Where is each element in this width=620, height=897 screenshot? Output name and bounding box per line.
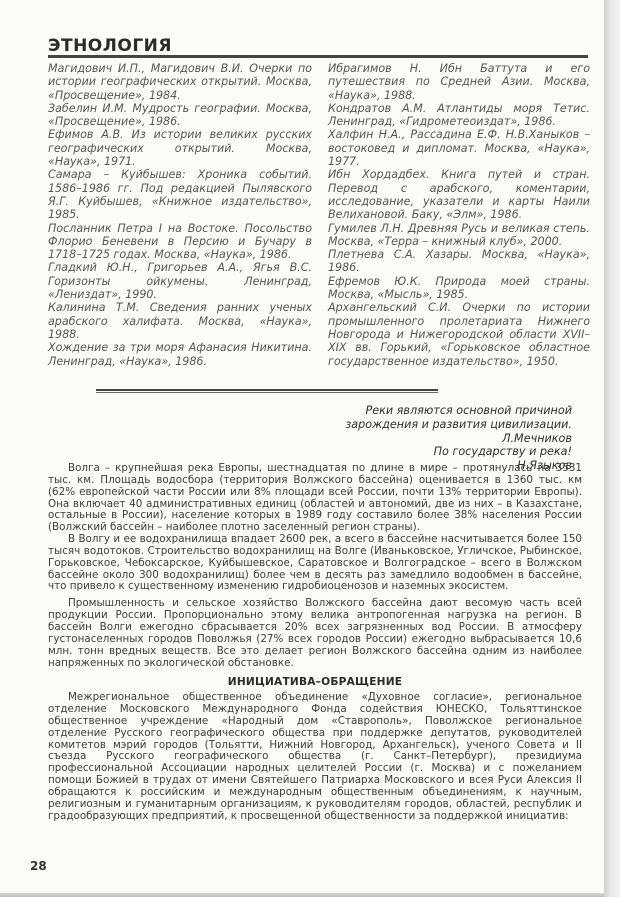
article-body: Волга – крупнейшая река Европы, шестнадц… [48, 463, 582, 822]
page: ЭТНОЛОГИЯ Магидович И.П., Магидович В.И.… [0, 0, 604, 897]
bibliography-right-column: Ибрагимов Н. Ибн Баттута и его путешеств… [328, 62, 590, 368]
body-paragraph: В Волгу и ее водохранилища впадает 2600 … [48, 534, 582, 593]
epigraph-author: Л.Мечников [252, 432, 572, 446]
page-edge-shadow [604, 0, 620, 897]
bibliography-left-column: Магидович И.П., Магидович В.И. Очерки по… [48, 62, 312, 368]
subheading: ИНИЦИАТИВА–ОБРАЩЕНИЕ [48, 677, 582, 689]
appeal-paragraph: Межрегиональное общественное объединение… [48, 692, 582, 822]
page-number: 28 [30, 859, 47, 873]
epigraph-text: Реки являются основной причиной [252, 404, 572, 418]
bibliography-entry: Гладкий Ю.Н., Григорьев А.А., Ягья В.С. … [48, 261, 312, 301]
bibliography-entry: Калинина Т.М. Сведения ранних ученых ара… [48, 301, 312, 341]
bibliography-entry: Ибн Хордадбех. Книга путей и стран. Пере… [328, 168, 590, 221]
epigraph-text: зарождения и развития цивилизации. [252, 418, 572, 432]
bibliography-entry: Архангельский С.И. Очерки по истории про… [328, 301, 590, 367]
body-paragraph: Волга – крупнейшая река Европы, шестнадц… [48, 463, 582, 534]
bibliography-entry: Посланник Петра I на Востоке. Посольство… [48, 222, 312, 262]
bibliography-entry: Халфин Н.А., Рассадина Е.Ф. Н.В.Ханыков … [328, 128, 590, 168]
epigraph-text: По государству и река! [252, 445, 572, 459]
bibliography-entry: Ефимов А.В. Из истории великих русских г… [48, 128, 312, 168]
bibliography-entry: Самара – Куйбышев: Хроника событий. 1586… [48, 168, 312, 221]
bibliography-entry: Магидович И.П., Магидович В.И. Очерки по… [48, 62, 312, 102]
bibliography-entry: Забелин И.М. Мудрость географии. Москва,… [48, 102, 312, 129]
divider-line [96, 392, 438, 393]
bibliography-entry: Кондратов А.М. Атлантиды моря Тетис. Лен… [328, 102, 590, 129]
section-title: ЭТНОЛОГИЯ [48, 36, 172, 56]
bibliography-entry: Ибрагимов Н. Ибн Баттута и его путешеств… [328, 62, 590, 102]
section-divider [96, 389, 438, 393]
bibliography-entry: Гумилев Л.Н. Древняя Русь и великая степ… [328, 222, 590, 249]
bibliography-entry: Ефремов Ю.К. Природа моей страны. Москва… [328, 275, 590, 302]
bibliography-entry: Плетнева С.А. Хазары. Москва, «Наука», 1… [328, 248, 590, 275]
body-paragraph: Промышленность и сельское хозяйство Волж… [48, 598, 582, 669]
title-rule [48, 55, 588, 58]
bibliography-entry: Хождение за три моря Афанасия Никитина. … [48, 341, 312, 368]
page-bottom-edge [0, 893, 604, 897]
